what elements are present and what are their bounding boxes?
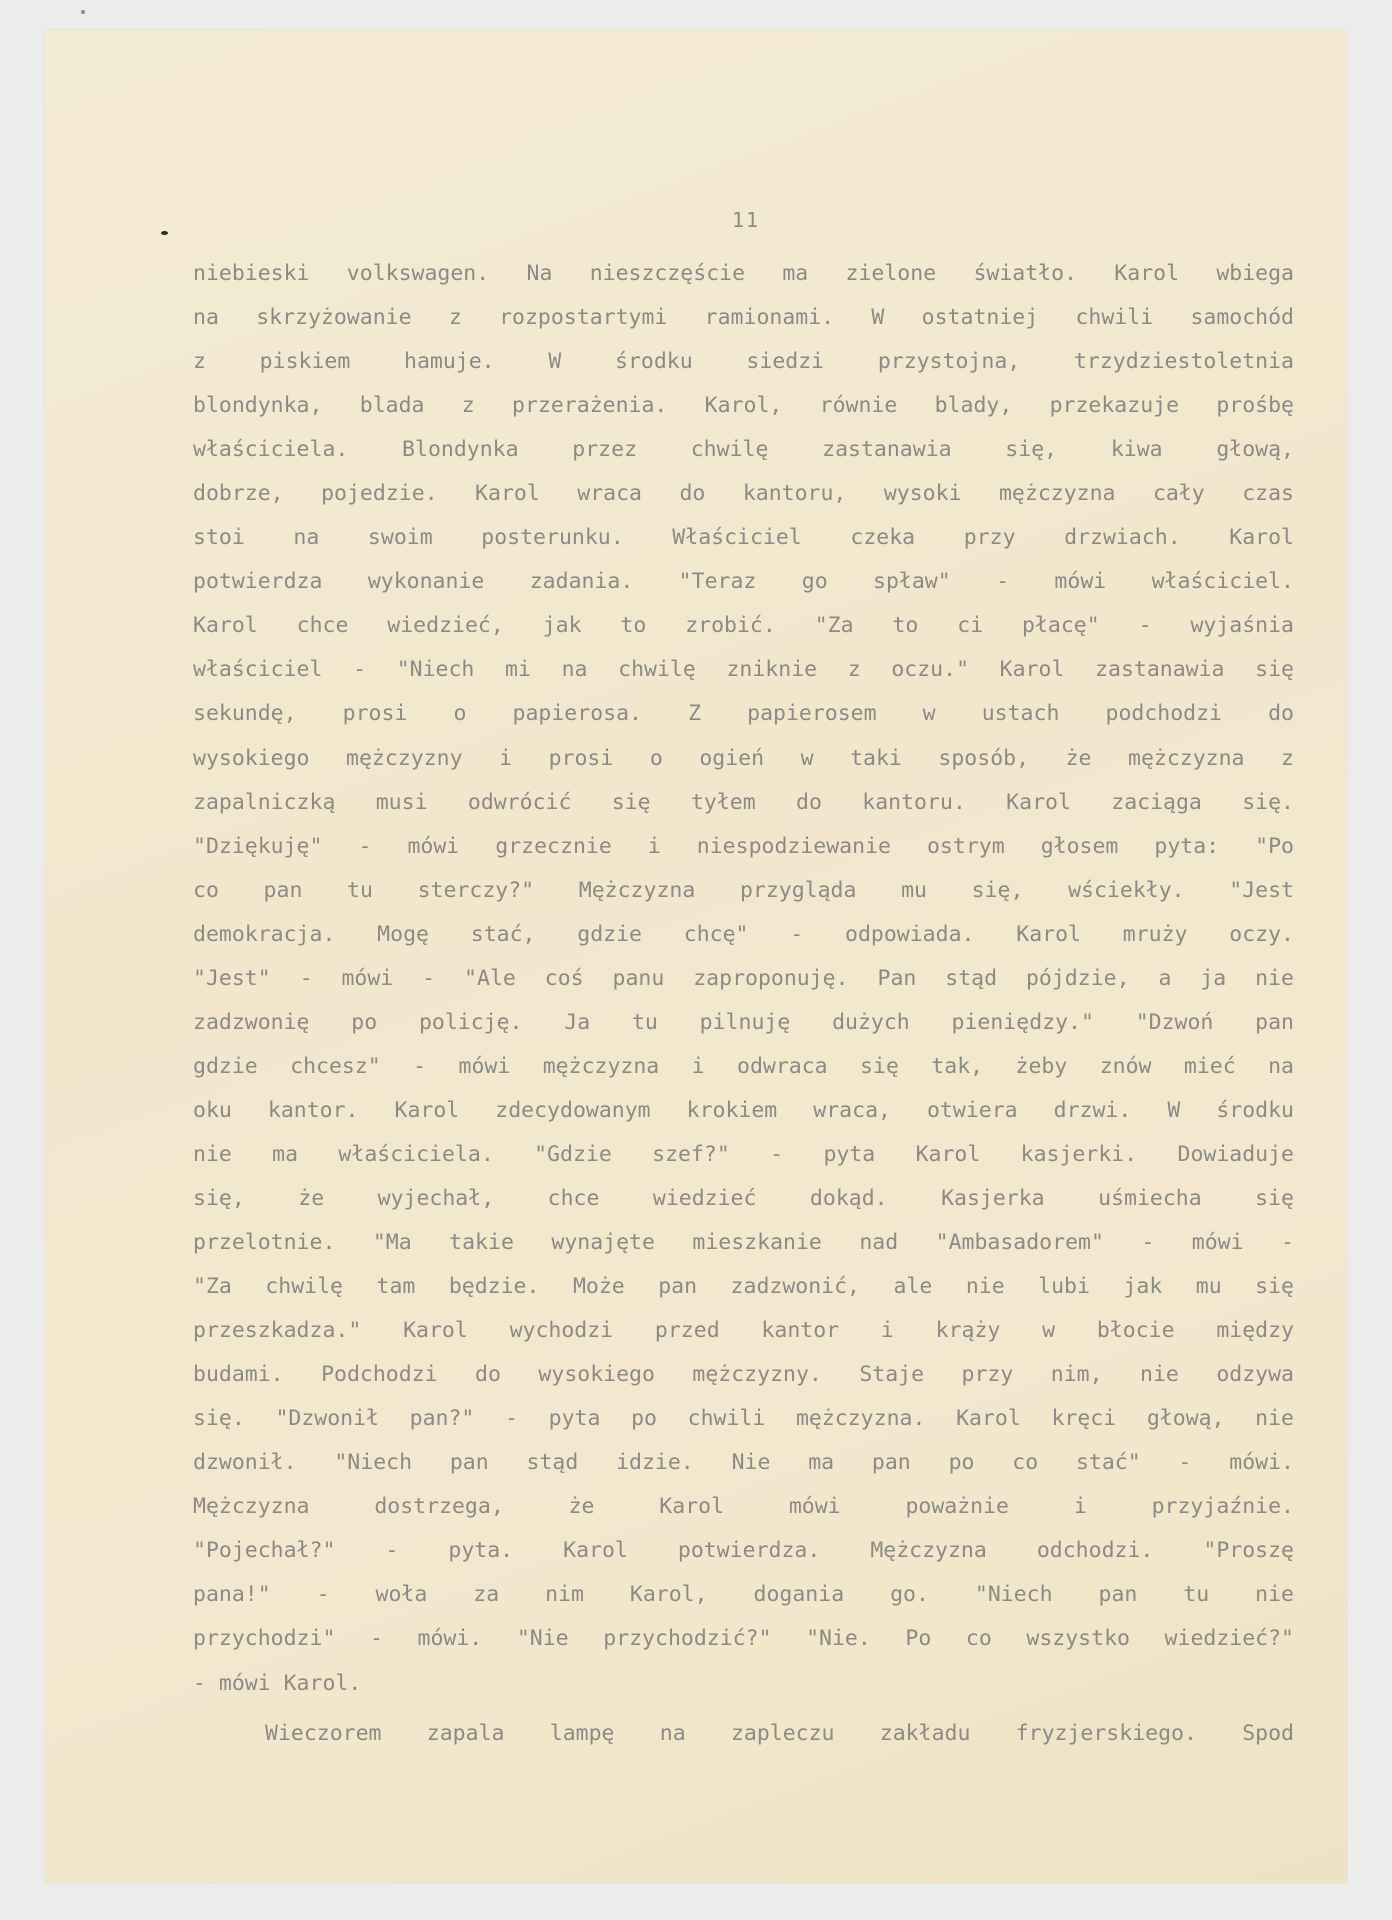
text-line: na skrzyżowanie z rozpostartymi ramionam…	[193, 296, 1294, 340]
text-line: wysokiego mężczyzny i prosi o ogień w ta…	[193, 737, 1294, 781]
text-line: Karol chce wiedzieć, jak to zrobić. "Za …	[193, 604, 1294, 648]
paragraph: niebieski volkswagen. Na nieszczęście ma…	[193, 252, 1294, 1706]
text-line: przelotnie. "Ma takie wynajęte mieszkani…	[193, 1221, 1294, 1265]
text-line: "Jest" - mówi - "Ale coś panu zaproponuj…	[193, 957, 1294, 1001]
text-line: z piskiem hamuje. W środku siedzi przyst…	[193, 340, 1294, 384]
text-line: gdzie chcesz" - mówi mężczyzna i odwraca…	[193, 1045, 1294, 1089]
text-line: właściciel - "Niech mi na chwilę zniknie…	[193, 648, 1294, 692]
text-line: stoi na swoim posterunku. Właściciel cze…	[193, 516, 1294, 560]
text-line: demokracja. Mogę stać, gdzie chcę" - odp…	[193, 913, 1294, 957]
ink-speck	[81, 10, 85, 14]
text-line: zadzwonię po policję. Ja tu pilnuję duży…	[193, 1001, 1294, 1045]
text-line: pana!" - woła za nim Karol, dogania go. …	[193, 1573, 1294, 1617]
text-line: "Za chwilę tam będzie. Może pan zadzwoni…	[193, 1265, 1294, 1309]
document-body: niebieski volkswagen. Na nieszczęście ma…	[193, 252, 1294, 1756]
text-line: oku kantor. Karol zdecydowanym krokiem w…	[193, 1089, 1294, 1133]
text-line: zapalniczką musi odwrócić się tyłem do k…	[193, 781, 1294, 825]
paragraph: Wieczorem zapala lampę na zapleczu zakła…	[193, 1712, 1294, 1756]
text-line: Wieczorem zapala lampę na zapleczu zakła…	[193, 1712, 1294, 1756]
text-line: się. "Dzwonił pan?" - pyta po chwili męż…	[193, 1397, 1294, 1441]
text-line: niebieski volkswagen. Na nieszczęście ma…	[193, 252, 1294, 296]
text-line: nie ma właściciela. "Gdzie szef?" - pyta…	[193, 1133, 1294, 1177]
text-line: sekundę, prosi o papierosa. Z papierosem…	[193, 692, 1294, 736]
text-line: przeszkadza." Karol wychodzi przed kanto…	[193, 1309, 1294, 1353]
text-line: "Pojechał?" - pyta. Karol potwierdza. Mę…	[193, 1529, 1294, 1573]
text-line: przychodzi" - mówi. "Nie przychodzić?" "…	[193, 1617, 1294, 1661]
text-line: co pan tu sterczy?" Mężczyzna przygląda …	[193, 869, 1294, 913]
text-line: dzwonił. "Niech pan stąd idzie. Nie ma p…	[193, 1441, 1294, 1485]
text-line: "Dziękuję" - mówi grzecznie i niespodzie…	[193, 825, 1294, 869]
text-line: budami. Podchodzi do wysokiego mężczyzny…	[193, 1353, 1294, 1397]
text-line: blondynka, blada z przerażenia. Karol, r…	[193, 384, 1294, 428]
text-line: - mówi Karol.	[193, 1662, 1294, 1706]
text-line: dobrze, pojedzie. Karol wraca do kantoru…	[193, 472, 1294, 516]
text-line: potwierdza wykonanie zadania. "Teraz go …	[193, 560, 1294, 604]
text-line: się, że wyjechał, chce wiedzieć dokąd. K…	[193, 1177, 1294, 1221]
text-line: Mężczyzna dostrzega, że Karol mówi poważ…	[193, 1485, 1294, 1529]
page-number: 11	[50, 208, 1392, 232]
text-line: właściciela. Blondynka przez chwilę zast…	[193, 428, 1294, 472]
